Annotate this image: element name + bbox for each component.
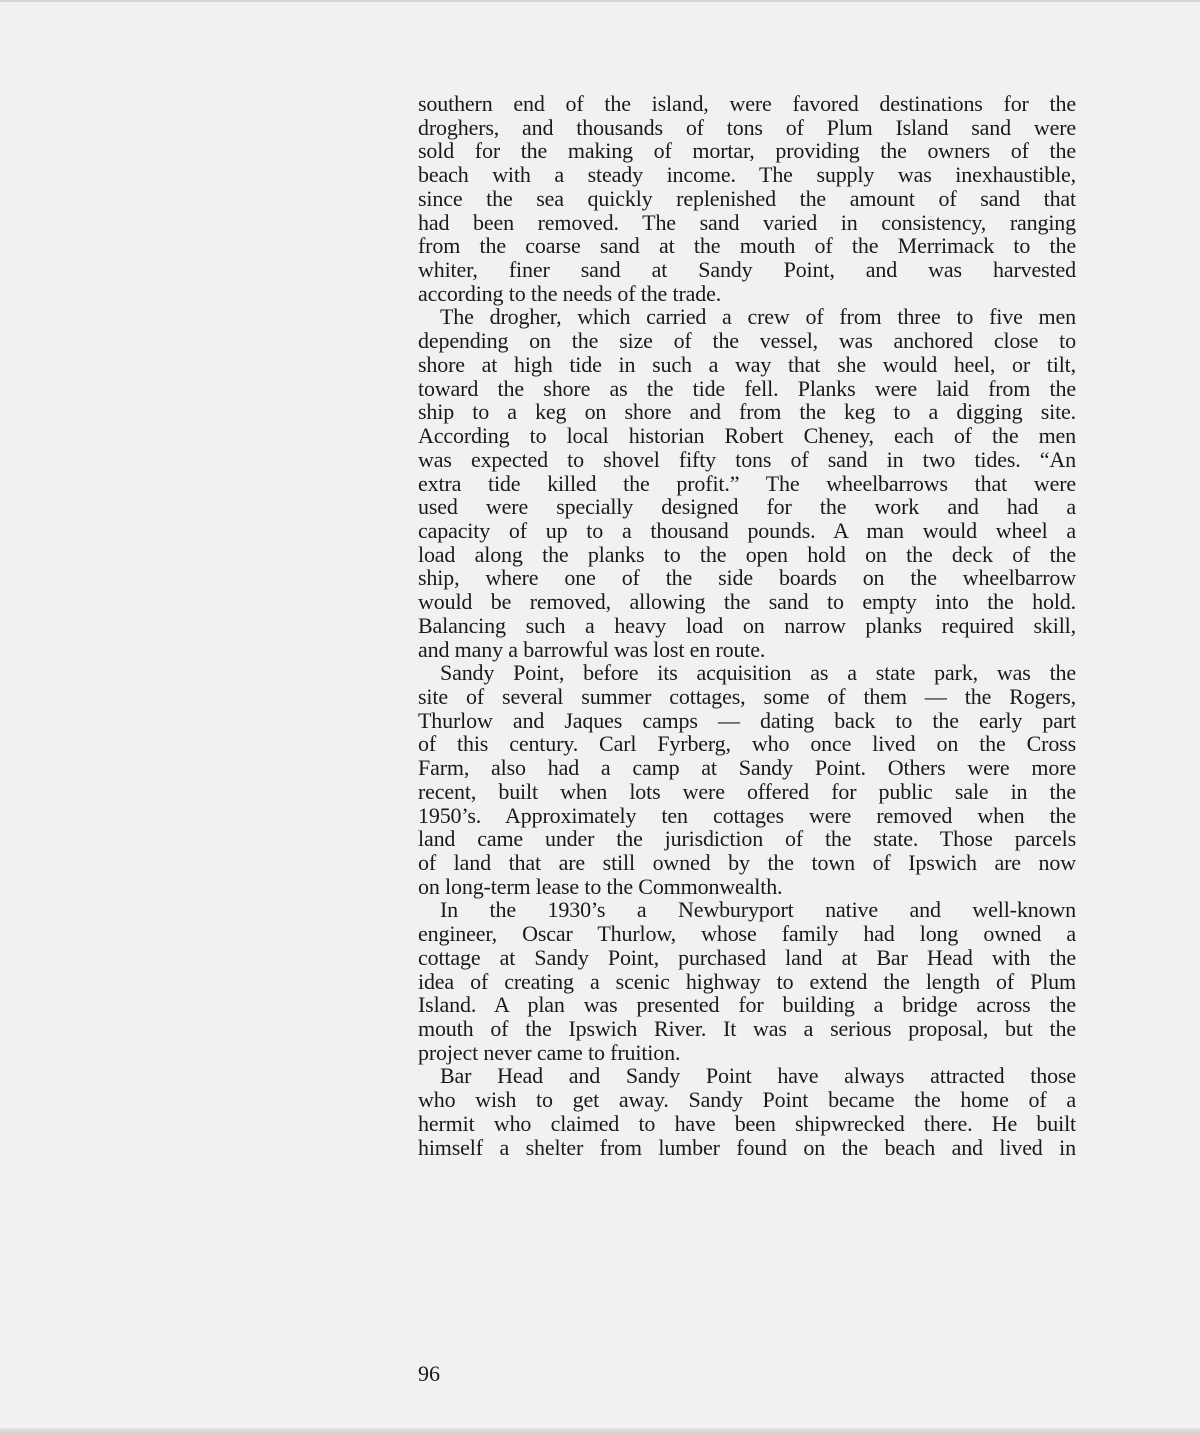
text-line: of this century. Carl Fyrberg, who once … [418, 732, 1076, 756]
text-line: Sandy Point, before its acquisition as a… [418, 661, 1076, 685]
text-line: sold for the making of mortar, providing… [418, 139, 1076, 163]
text-line: ship, where one of the side boards on th… [418, 566, 1076, 590]
text-line: and many a barrowful was lost en route. [418, 638, 1076, 662]
text-line: whiter, finer sand at Sandy Point, and w… [418, 258, 1076, 282]
text-line: ship to a keg on shore and from the keg … [418, 400, 1076, 424]
text-line: The drogher, which carried a crew of fro… [418, 305, 1076, 329]
text-line: site of several summer cottages, some of… [418, 685, 1076, 709]
text-line: had been removed. The sand varied in con… [418, 211, 1076, 235]
text-line: Balancing such a heavy load on narrow pl… [418, 614, 1076, 638]
text-line: shore at high tide in such a way that sh… [418, 353, 1076, 377]
text-line: southern end of the island, were favored… [418, 92, 1076, 116]
text-line: used were specially designed for the wor… [418, 495, 1076, 519]
text-line: of land that are still owned by the town… [418, 851, 1076, 875]
text-line: engineer, Oscar Thurlow, whose family ha… [418, 922, 1076, 946]
text-line: land came under the jurisdiction of the … [418, 827, 1076, 851]
text-line: would be removed, allowing the sand to e… [418, 590, 1076, 614]
text-line: recent, built when lots were offered for… [418, 780, 1076, 804]
text-line: himself a shelter from lumber found on t… [418, 1136, 1076, 1160]
text-line: capacity of up to a thousand pounds. A m… [418, 519, 1076, 543]
text-line: who wish to get away. Sandy Point became… [418, 1088, 1076, 1112]
paragraph-sandy-point-cottages: Sandy Point, before its acquisition as a… [418, 661, 1076, 898]
text-line: droghers, and thousands of tons of Plum … [418, 116, 1076, 140]
text-line: Farm, also had a camp at Sandy Point. Ot… [418, 756, 1076, 780]
text-line: according to the needs of the trade. [418, 282, 1076, 306]
paragraph-drogher-crew: The drogher, which carried a crew of fro… [418, 305, 1076, 661]
page-bottom-edge [0, 1428, 1200, 1434]
text-line: load along the planks to the open hold o… [418, 543, 1076, 567]
text-line: since the sea quickly replenished the am… [418, 187, 1076, 211]
paragraph-oscar-thurlow: In the 1930’s a Newburyport native and w… [418, 898, 1076, 1064]
text-line: cottage at Sandy Point, purchased land a… [418, 946, 1076, 970]
page-number: 96 [418, 1362, 440, 1386]
text-line: beach with a steady income. The supply w… [418, 163, 1076, 187]
text-line: In the 1930’s a Newburyport native and w… [418, 898, 1076, 922]
text-line: mouth of the Ipswich River. It was a ser… [418, 1017, 1076, 1041]
text-line: on long-term lease to the Commonwealth. [418, 875, 1076, 899]
body-text-column: southern end of the island, were favored… [418, 92, 1076, 1159]
text-line: extra tide killed the profit.” The wheel… [418, 472, 1076, 496]
paragraph-sand-harvesting: southern end of the island, were favored… [418, 92, 1076, 305]
text-line: depending on the size of the vessel, was… [418, 329, 1076, 353]
text-line: Thurlow and Jaques camps — dating back t… [418, 709, 1076, 733]
text-line: Bar Head and Sandy Point have always att… [418, 1064, 1076, 1088]
paragraph-hermit: Bar Head and Sandy Point have always att… [418, 1064, 1076, 1159]
text-line: hermit who claimed to have been shipwrec… [418, 1112, 1076, 1136]
text-line: was expected to shovel fifty tons of san… [418, 448, 1076, 472]
text-line: idea of creating a scenic highway to ext… [418, 970, 1076, 994]
text-line: Island. A plan was presented for buildin… [418, 993, 1076, 1017]
page-top-edge [0, 0, 1200, 2]
text-line: According to local historian Robert Chen… [418, 424, 1076, 448]
text-line: from the coarse sand at the mouth of the… [418, 234, 1076, 258]
text-line: 1950’s. Approximately ten cottages were … [418, 804, 1076, 828]
text-line: project never came to fruition. [418, 1041, 1076, 1065]
text-line: toward the shore as the tide fell. Plank… [418, 377, 1076, 401]
